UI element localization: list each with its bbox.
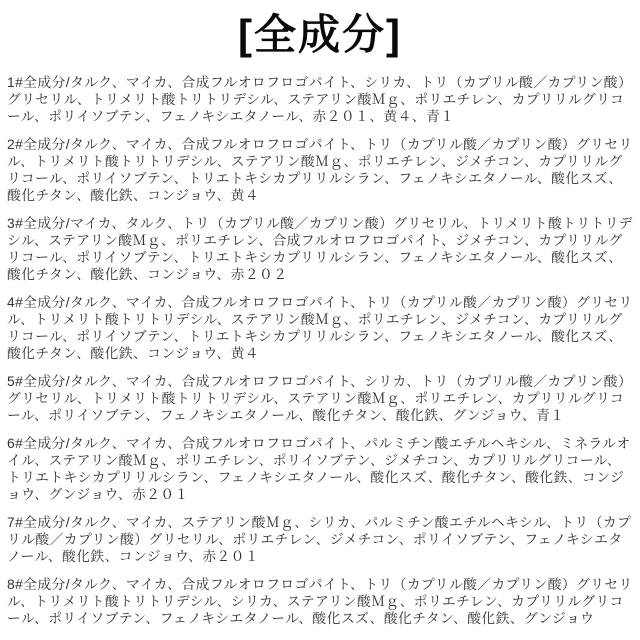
ingredient-section-7: 7#全成分/タルク、マイカ、ステアリン酸Ｍｇ、シリカ、パルミチン酸エチルヘキシル… (7, 514, 633, 565)
ingredient-section-4: 4#全成分/タルク、マイカ、合成フルオロフロゴパイト、トリ（カプリル酸／カプリン… (7, 294, 633, 362)
ingredient-section-6: 6#全成分/タルク、マイカ、合成フルオロフロゴパイト、パルミチン酸エチルヘキシル… (7, 435, 633, 503)
ingredient-section-8: 8#全成分/タルク、マイカ、合成フルオロフロゴパイト、トリ（カプリル酸／カプリン… (7, 576, 633, 627)
page-title: [全成分] (0, 12, 640, 58)
ingredient-sections: 1#全成分/タルク、マイカ、合成フルオロフロゴパイト、シリカ、トリ（カプリル酸／… (0, 74, 640, 627)
ingredient-section-3: 3#全成分/マイカ、タルク、トリ（カプリル酸／カプリン酸）グリセリル、トリメリト… (7, 215, 633, 283)
ingredient-section-2: 2#全成分/タルク、マイカ、合成フルオロフロゴパイト、トリ（カプリル酸／カプリン… (7, 136, 633, 204)
ingredient-section-1: 1#全成分/タルク、マイカ、合成フルオロフロゴパイト、シリカ、トリ（カプリル酸／… (7, 74, 633, 125)
ingredient-section-5: 5#全成分/タルク、マイカ、合成フルオロフロゴパイト、シリカ、トリ（カプリル酸／… (7, 373, 633, 424)
ingredient-list-page: [全成分] 1#全成分/タルク、マイカ、合成フルオロフロゴパイト、シリカ、トリ（… (0, 0, 640, 640)
